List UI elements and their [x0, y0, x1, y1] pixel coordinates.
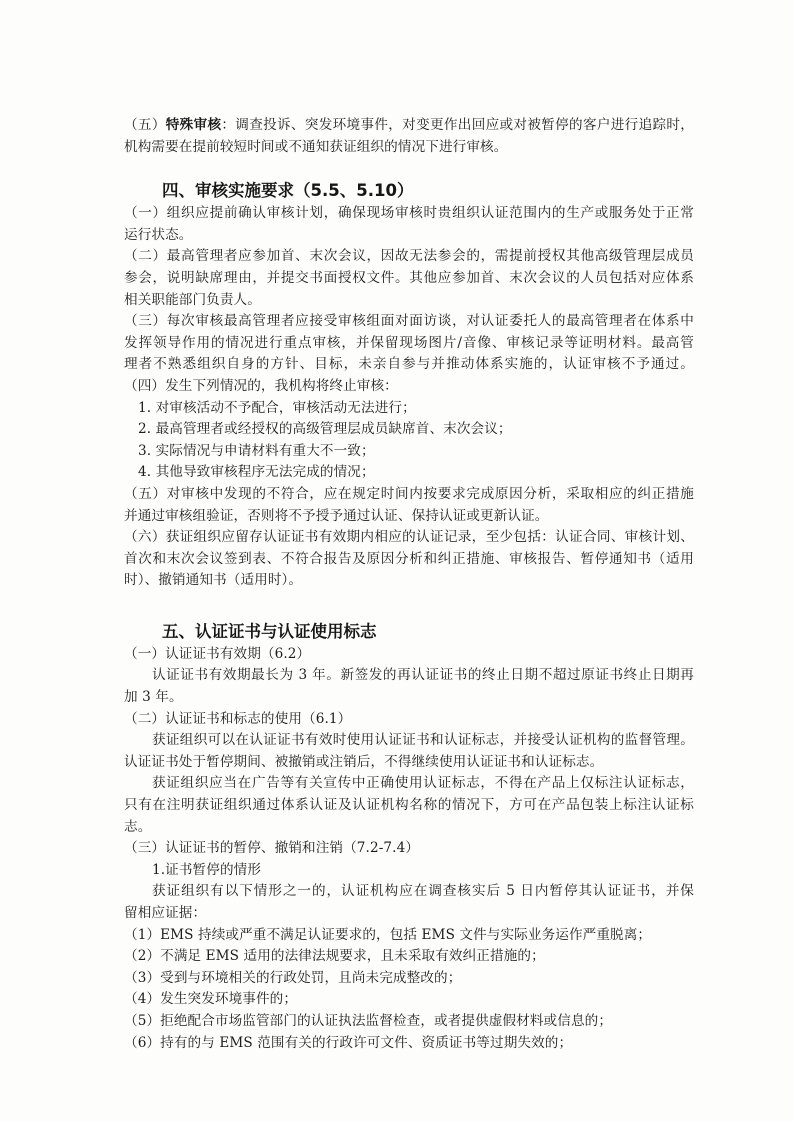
s4-line: （四）发生下列情况的，我机构将终止审核：: [124, 376, 694, 398]
s5-line: 认证证书有效期最长为 3 年。新签发的再认证证书的终止日期不超过原证书终止日期再: [124, 665, 694, 687]
s5-line: 获证组织可以在认证证书有效时使用认证证书和认证标志，并接受认证机构的监督管理。: [124, 730, 694, 752]
s5-list-item: （3）受到与环境相关的行政处罚，且尚未完成整改的；: [124, 968, 694, 990]
s5-line: （三）认证证书的暂停、撤销和注销（7.2-7.4）: [124, 838, 694, 860]
s4-line: 相关职能部门负责人。: [124, 290, 694, 312]
s5-line: 获证组织有以下情形之一的，认证机构应在调查核实后 5 日内暂停其认证证书，并保: [124, 881, 694, 903]
s4-line: 时）、撤销通知书（适用时）。: [124, 570, 694, 592]
s5-list-item: （1）EMS 持续或严重不满足认证要求的，包括 EMS 文件与实际业务运作严重脱…: [124, 925, 694, 947]
special-audit-term: 特殊审核: [166, 117, 222, 133]
special-audit-line-2: 机构需要在提前较短时间或不通知获证组织的情况下进行审核。: [124, 137, 694, 159]
item-prefix: （五）: [124, 117, 166, 133]
special-audit-line-1: （五）特殊审核：调查投诉、突发环境事件，对变更作出回应或对被暂停的客户进行追踪时…: [124, 115, 694, 137]
s4-line: 参会，说明缺席理由，并提交书面授权文件。其他应参加首、末次会议的人员包括对应体系: [124, 268, 694, 290]
document-page: （五）特殊审核：调查投诉、突发环境事件，对变更作出回应或对被暂停的客户进行追踪时…: [124, 115, 694, 1054]
s4-line: 发挥领导作用的情况进行重点审核，并保留现场图片/音像、审核记录等证明材料。最高管: [124, 333, 694, 355]
s4-line: 运行状态。: [124, 225, 694, 247]
s4-line: 并通过审核组验证，否则将不予授予通过认证、保持认证或更新认证。: [124, 506, 694, 528]
s4-list-item: 1. 对审核活动不予配合，审核活动无法进行；: [124, 398, 694, 420]
s4-list-item: 4. 其他导致审核程序无法完成的情况；: [124, 462, 694, 484]
s5-line: （二）认证证书和标志的使用（6.1）: [124, 709, 694, 731]
s5-line: 认证证书处于暂停期间、被撤销或注销后，不得继续使用认证证书和认证标志。: [124, 752, 694, 774]
special-audit-text: ：调查投诉、突发环境事件，对变更作出回应或对被暂停的客户进行追踪时，: [221, 117, 694, 133]
s4-line: （五）对审核中发现的不符合，应在规定时间内按要求完成原因分析，采取相应的纠正措施: [124, 484, 694, 506]
s4-line: 首次和末次会议签到表、不符合报告及原因分析和纠正措施、审核报告、暂停通知书（适用: [124, 549, 694, 571]
s5-line: 获证组织应当在广告等有关宣传中正确使用认证标志，不得在产品上仅标注认证标志，: [124, 773, 694, 795]
s4-list-item: 2. 最高管理者或经授权的高级管理层成员缺席首、末次会议；: [124, 419, 694, 441]
s5-list-item: （5）拒绝配合市场监管部门的认证执法监督检查，或者提供虚假材料或信息的；: [124, 1011, 694, 1033]
s5-list-item: （6）持有的与 EMS 范围有关的行政许可文件、资质证书等过期失效的；: [124, 1033, 694, 1055]
s4-line: （三）每次审核最高管理者应接受审核组面对面访谈，对认证委托人的最高管理者在体系中: [124, 311, 694, 333]
s5-line: 留相应证据：: [124, 903, 694, 925]
s5-line: （一）认证证书有效期（6.2）: [124, 644, 694, 666]
s4-line: （二）最高管理者应参加首、末次会议，因故无法参会的，需提前授权其他高级管理层成员: [124, 246, 694, 268]
s4-list-item: 3. 实际情况与申请材料有重大不一致；: [124, 441, 694, 463]
section-5-heading: 五、认证证书与认证使用标志: [124, 620, 694, 644]
s5-line: 只有在注明获证组织通过体系认证及认证机构名称的情况下，方可在产品包装上标注认证标: [124, 795, 694, 817]
s5-list-item: （2）不满足 EMS 适用的法律法规要求，且未采取有效纠正措施的；: [124, 946, 694, 968]
s4-line: （一）组织应提前确认审核计划，确保现场审核时贵组织认证范围内的生产或服务处于正常: [124, 203, 694, 225]
section-4-heading: 四、审核实施要求（5.5、5.10）: [124, 179, 694, 203]
s5-list-item: （4）发生突发环境事件的；: [124, 989, 694, 1011]
s5-line: 加 3 年。: [124, 687, 694, 709]
s5-subheading: 1.证书暂停的情形: [124, 860, 694, 882]
s4-line: （六）获证组织应留存认证证书有效期内相应的认证记录，至少包括：认证合同、审核计划…: [124, 527, 694, 549]
s4-line: 理者不熟悉组织自身的方针、目标，未亲自参与并推动体系实施的，认证审核不予通过。: [124, 354, 694, 376]
s5-line: 志。: [124, 817, 694, 839]
